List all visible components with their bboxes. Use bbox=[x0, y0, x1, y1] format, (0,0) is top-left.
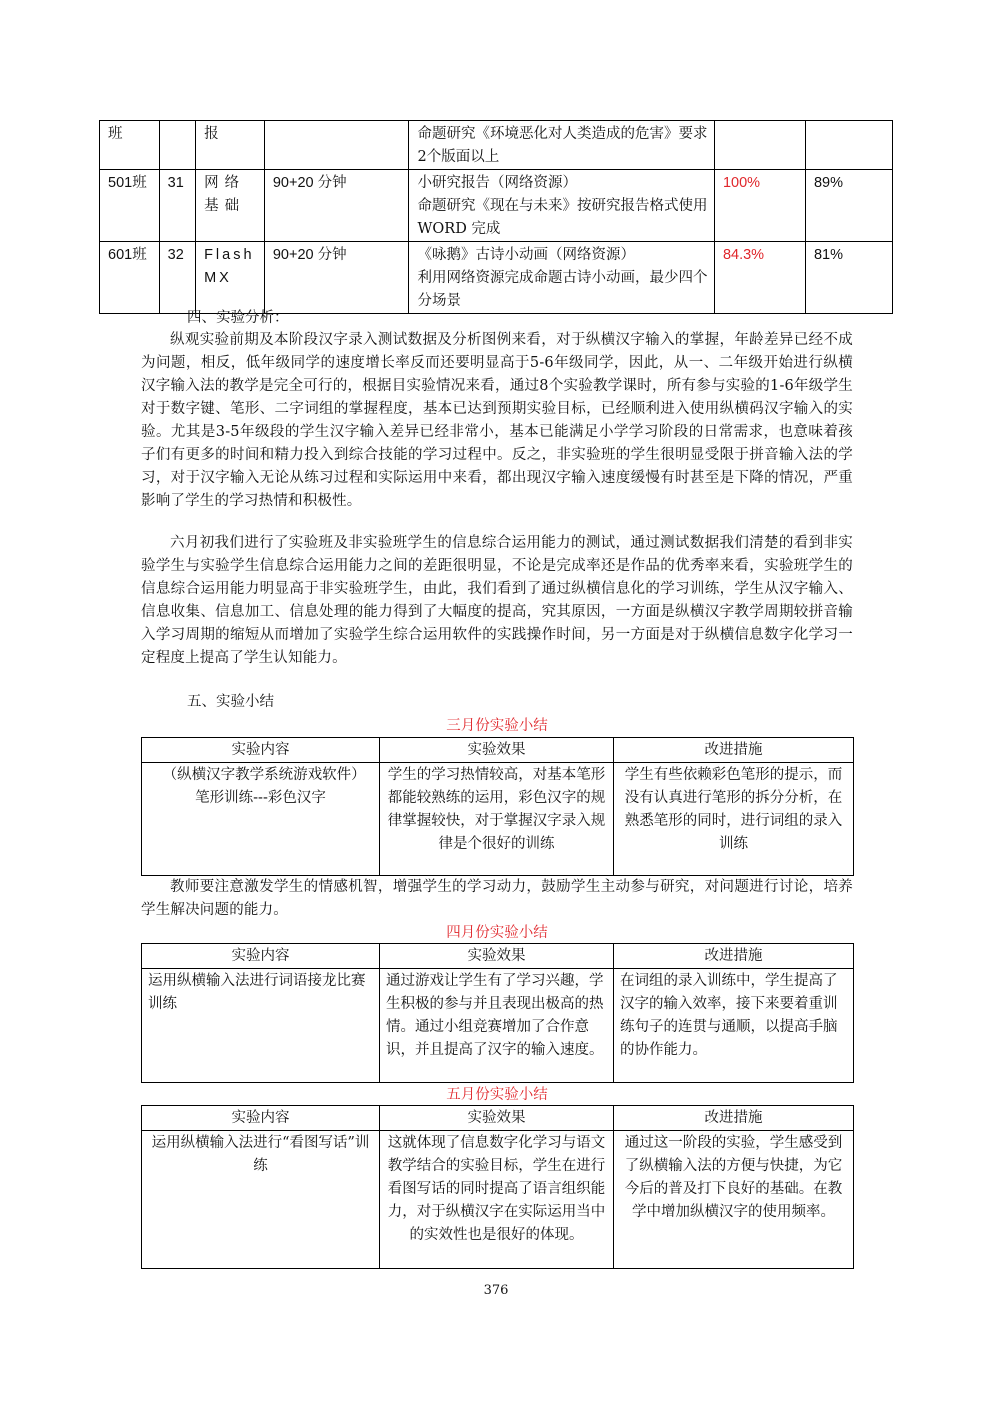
header-content: 实验内容 bbox=[142, 944, 380, 969]
content-cell: （纵横汉字教学系统游戏软件） 笔形训练---彩色汉字 bbox=[142, 763, 380, 876]
table-row: 运用纵横输入法进行词语接龙比赛训练 通过游戏让学生有了学习兴趣，学生积极的参与并… bbox=[142, 969, 854, 1083]
may-summary-table: 实验内容 实验效果 改进措施 运用纵横输入法进行“看图写话”训练 这就体现了信息… bbox=[141, 1105, 854, 1269]
class-results-table: 班 报 命题研究《环境恶化对人类造成的危害》要求2个版面以上 501班 31 网… bbox=[99, 120, 893, 314]
class-cell: 501班 bbox=[100, 170, 160, 242]
may-summary-caption: 五月份实验小结 bbox=[141, 1083, 853, 1104]
excellence-cell: 89% bbox=[805, 170, 892, 242]
effect-cell: 学生的学习热情较高，对基本笔形都能较熟练的运用，彩色汉字的规律掌握较快，对于掌握… bbox=[380, 763, 614, 876]
page-number: 376 bbox=[0, 1283, 992, 1298]
effect-cell: 通过游戏让学生有了学习兴趣，学生积极的参与并且表现出极高的热情。通过小组竞赛增加… bbox=[380, 969, 614, 1083]
count-cell: 31 bbox=[159, 170, 195, 242]
april-summary-caption: 四月份实验小结 bbox=[141, 921, 853, 942]
header-effect: 实验效果 bbox=[380, 1106, 614, 1131]
time-cell: 90+20 分钟 bbox=[264, 242, 409, 314]
april-summary-table: 实验内容 实验效果 改进措施 运用纵横输入法进行词语接龙比赛训练 通过游戏让学生… bbox=[141, 943, 854, 1083]
content-cell: 命题研究《环境恶化对人类造成的危害》要求2个版面以上 bbox=[409, 121, 714, 170]
table-row: 运用纵横输入法进行“看图写话”训练 这就体现了信息数字化学习与语文教学结合的实验… bbox=[142, 1131, 854, 1269]
header-measure: 改进措施 bbox=[614, 1106, 854, 1131]
march-summary-table: 实验内容 实验效果 改进措施 （纵横汉字教学系统游戏软件） 笔形训练---彩色汉… bbox=[141, 737, 854, 876]
section-heading-analysis: 四、实验分析： bbox=[187, 306, 289, 327]
table-row: 601班 32 Flash MX 90+20 分钟 《咏鹅》古诗小动画（网络资源… bbox=[100, 242, 893, 314]
header-effect: 实验效果 bbox=[380, 944, 614, 969]
content-cell: 运用纵横输入法进行“看图写话”训练 bbox=[142, 1131, 380, 1269]
header-content: 实验内容 bbox=[142, 738, 380, 763]
header-measure: 改进措施 bbox=[614, 738, 854, 763]
header-content: 实验内容 bbox=[142, 1106, 380, 1131]
analysis-paragraph-2: 六月初我们进行了实验班及非实验班学生的信息综合运用能力的测试，通过测试数据我们清… bbox=[141, 532, 853, 670]
completion-cell bbox=[714, 121, 805, 170]
class-cell: 601班 bbox=[100, 242, 160, 314]
content-cell: 小研究报告（网络资源） 命题研究《现在与未来》按研究报告格式使用 WORD 完成 bbox=[409, 170, 714, 242]
topic-cell: 网络基础 bbox=[196, 170, 265, 242]
excellence-cell bbox=[805, 121, 892, 170]
table-row: （纵横汉字教学系统游戏软件） 笔形训练---彩色汉字 学生的学习热情较高，对基本… bbox=[142, 763, 854, 876]
march-note: 教师要注意激发学生的情感机智，增强学生的学习动力，鼓励学生主动参与研究，对问题进… bbox=[141, 876, 853, 922]
excellence-cell: 81% bbox=[805, 242, 892, 314]
table-header-row: 实验内容 实验效果 改进措施 bbox=[142, 1106, 854, 1131]
completion-cell: 100% bbox=[714, 170, 805, 242]
class-cell: 班 bbox=[100, 121, 160, 170]
completion-cell: 84.3% bbox=[714, 242, 805, 314]
header-effect: 实验效果 bbox=[380, 738, 614, 763]
measure-cell: 学生有些依赖彩色笔形的提示，而没有认真进行笔形的拆分分析，在熟悉笔形的同时，进行… bbox=[614, 763, 854, 876]
topic-cell: 报 bbox=[196, 121, 265, 170]
time-cell: 90+20 分钟 bbox=[264, 170, 409, 242]
count-cell: 32 bbox=[159, 242, 195, 314]
table-row: 班 报 命题研究《环境恶化对人类造成的危害》要求2个版面以上 bbox=[100, 121, 893, 170]
time-cell bbox=[264, 121, 409, 170]
header-measure: 改进措施 bbox=[614, 944, 854, 969]
effect-cell: 这就体现了信息数字化学习与语文教学结合的实验目标，学生在进行看图写话的同时提高了… bbox=[380, 1131, 614, 1269]
topic-cell: Flash MX bbox=[196, 242, 265, 314]
analysis-paragraph-1: 纵观实验前期及本阶段汉字录入测试数据及分析图例来看，对于纵横汉字输入的掌握，年龄… bbox=[141, 329, 853, 513]
march-summary-caption: 三月份实验小结 bbox=[141, 714, 853, 735]
content-cell: 运用纵横输入法进行词语接龙比赛训练 bbox=[142, 969, 380, 1083]
content-cell: 《咏鹅》古诗小动画（网络资源） 利用网络资源完成命题古诗小动画，最少四个分场景 bbox=[409, 242, 714, 314]
table-header-row: 实验内容 实验效果 改进措施 bbox=[142, 738, 854, 763]
table-row: 501班 31 网络基础 90+20 分钟 小研究报告（网络资源） 命题研究《现… bbox=[100, 170, 893, 242]
section-heading-summary: 五、实验小结 bbox=[187, 690, 274, 711]
table-header-row: 实验内容 实验效果 改进措施 bbox=[142, 944, 854, 969]
count-cell bbox=[159, 121, 195, 170]
measure-cell: 在词组的录入训练中，学生提高了汉字的输入效率，接下来要着重训练句子的连贯与通顺，… bbox=[614, 969, 854, 1083]
measure-cell: 通过这一阶段的实验，学生感受到了纵横输入法的方便与快捷，为它今后的普及打下良好的… bbox=[614, 1131, 854, 1269]
